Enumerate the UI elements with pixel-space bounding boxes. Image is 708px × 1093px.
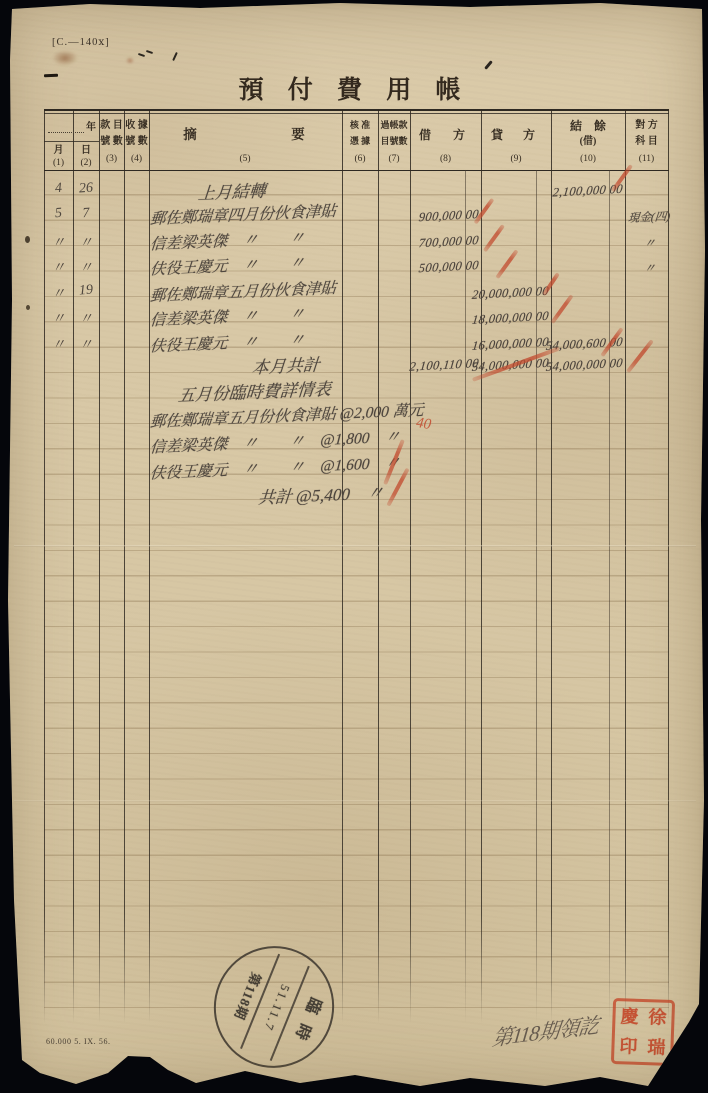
header-balance-num: (10) xyxy=(551,155,625,165)
seal-char: 徐 xyxy=(648,1008,667,1027)
cell-opposite-account: 〃 xyxy=(643,260,656,277)
header-day: 日 xyxy=(73,146,99,156)
cell-month: 5 xyxy=(43,205,73,223)
cell-summary: 伕役王慶元 〃 〃 xyxy=(149,251,306,280)
year-divider-rule xyxy=(44,141,99,142)
cell-summary: 郵佐鄭瑞章四月份伙食津貼 xyxy=(149,199,337,229)
header-posting-ref-1: 過帳款 xyxy=(378,121,410,130)
cell-summary: 郵佐鄭瑞章五月份伙食津貼 xyxy=(149,276,337,306)
cell-month: 〃 xyxy=(43,256,73,278)
ink-mark xyxy=(44,74,58,77)
header-month-num: (1) xyxy=(44,159,73,169)
column-line xyxy=(551,109,552,1023)
cell-balance: 2,100,000 00 xyxy=(537,182,623,202)
header-day-num: (2) xyxy=(73,159,99,169)
year-dotted-line xyxy=(48,120,84,133)
scanned-ledger-page: [C.—140ⅹ] 預 付 費 用 帳 年 月 (1) 日 (2) 款 目 號 … xyxy=(0,0,708,1093)
column-line xyxy=(481,109,482,1023)
header-bottom-rule xyxy=(44,170,669,171)
red-checkmark xyxy=(495,249,518,279)
header-summary-1: 摘 xyxy=(180,128,200,142)
cell-summary: 信差梁英傑 〃 〃 xyxy=(149,302,306,331)
header-balance-1: 結 餘 xyxy=(551,120,625,132)
cell-debit: 700,000 00 xyxy=(403,233,479,252)
header-credit-num: (9) xyxy=(481,155,551,165)
cell-month: 〃 xyxy=(43,333,73,355)
red-name-seal: 慶 徐 印 瑞 xyxy=(611,998,675,1066)
header-item-no-num: (3) xyxy=(99,155,124,165)
cell-opposite-account: 〃 xyxy=(643,235,656,252)
cell-day: 26 xyxy=(72,180,99,198)
ink-mark xyxy=(484,60,493,70)
header-opposite-acct-1: 對 方 xyxy=(625,121,668,131)
cell-month: 4 xyxy=(43,180,73,198)
ink-mark xyxy=(172,52,178,61)
cell-opposite-account: 現金(四) xyxy=(627,208,670,226)
form-code: [C.—140ⅹ] xyxy=(52,36,110,48)
header-year: 年 xyxy=(84,123,98,133)
cell-debit: 500,000 00 xyxy=(403,258,479,277)
cell-summary: 共計 @5,400 〃 xyxy=(257,478,385,509)
red-pencil-note: 40 xyxy=(415,415,432,434)
seal-char: 慶 xyxy=(620,1007,639,1026)
cell-balance: 54,000,000 00 xyxy=(537,356,623,376)
seal-char: 瑞 xyxy=(647,1038,666,1057)
ink-stain xyxy=(52,50,78,66)
header-opposite-acct-num: (11) xyxy=(625,155,668,165)
round-date-stamp: 臨 時 51.11.7 第118期 xyxy=(196,928,353,1086)
pencil-signature: 第118期領訖 xyxy=(491,1009,601,1053)
cell-summary: 本月共計 xyxy=(251,350,321,378)
cell-month: 〃 xyxy=(43,307,73,329)
paper-crease xyxy=(14,800,696,802)
cell-day: 〃 xyxy=(72,307,99,329)
paper-sheet: [C.—140ⅹ] 預 付 費 用 帳 年 月 (1) 日 (2) 款 目 號 … xyxy=(0,0,708,1093)
cell-day: 19 xyxy=(72,282,99,300)
table-top-rule xyxy=(44,109,669,111)
header-opposite-acct-2: 科 目 xyxy=(625,137,668,147)
header-item-no-2: 號 數 xyxy=(99,137,124,147)
header-debit-1: 借 xyxy=(418,129,432,141)
cell-day: 〃 xyxy=(72,256,99,278)
table-top-rule-2 xyxy=(44,113,669,114)
printer-imprint: 60.000 5. IX. 56. xyxy=(46,1037,111,1046)
cell-day: 7 xyxy=(72,205,99,223)
cell-debit: 900,000 00 xyxy=(403,207,479,226)
column-line xyxy=(378,109,379,1023)
column-line xyxy=(668,109,669,1023)
header-approved-2: 憑 據 xyxy=(342,137,378,146)
ink-stain xyxy=(126,57,134,64)
header-approved-1: 核 准 xyxy=(342,121,378,130)
paper-crease xyxy=(14,545,696,547)
header-month: 月 xyxy=(44,146,73,156)
red-checkmark xyxy=(550,294,573,324)
red-checkmark xyxy=(626,339,653,373)
header-debit-num: (8) xyxy=(410,155,481,165)
header-summary-2: 要 xyxy=(288,128,308,142)
ink-mark xyxy=(138,53,145,57)
header-debit-2: 方 xyxy=(452,129,466,141)
cell-month: 〃 xyxy=(43,282,73,304)
header-credit-1: 貸 xyxy=(490,129,504,141)
header-posting-ref-num: (7) xyxy=(378,155,410,165)
header-posting-ref-2: 目號數 xyxy=(378,137,410,146)
page-title: 預 付 費 用 帳 xyxy=(0,70,708,106)
header-receipt-no-2: 號 數 xyxy=(124,137,149,147)
header-approved-num: (6) xyxy=(342,155,378,165)
cell-day: 〃 xyxy=(72,231,99,253)
header-receipt-no-num: (4) xyxy=(124,155,149,165)
seal-char: 印 xyxy=(619,1037,638,1056)
cell-summary: 上月結轉 xyxy=(197,176,267,204)
column-line xyxy=(625,109,626,1023)
ink-mark xyxy=(146,50,153,54)
column-line xyxy=(342,109,343,1023)
row-guide-lines xyxy=(44,170,669,1022)
cents-column-line xyxy=(609,170,610,1023)
column-line xyxy=(124,109,125,1023)
cell-summary: 信差梁英傑 〃 〃 xyxy=(149,226,306,255)
header-balance-2: (借) xyxy=(551,137,625,147)
paper-speck xyxy=(25,236,30,243)
header-item-no-1: 款 目 xyxy=(99,121,124,131)
cell-day: 〃 xyxy=(72,333,99,355)
header-summary-num: (5) xyxy=(230,155,260,165)
header-receipt-no-1: 收 據 xyxy=(124,121,149,131)
cell-month: 〃 xyxy=(43,231,73,253)
header-credit-2: 方 xyxy=(522,129,536,141)
paper-speck xyxy=(26,305,30,310)
cell-summary: 五月份臨時費詳情表 xyxy=(177,375,332,407)
red-checkmark xyxy=(483,224,505,252)
